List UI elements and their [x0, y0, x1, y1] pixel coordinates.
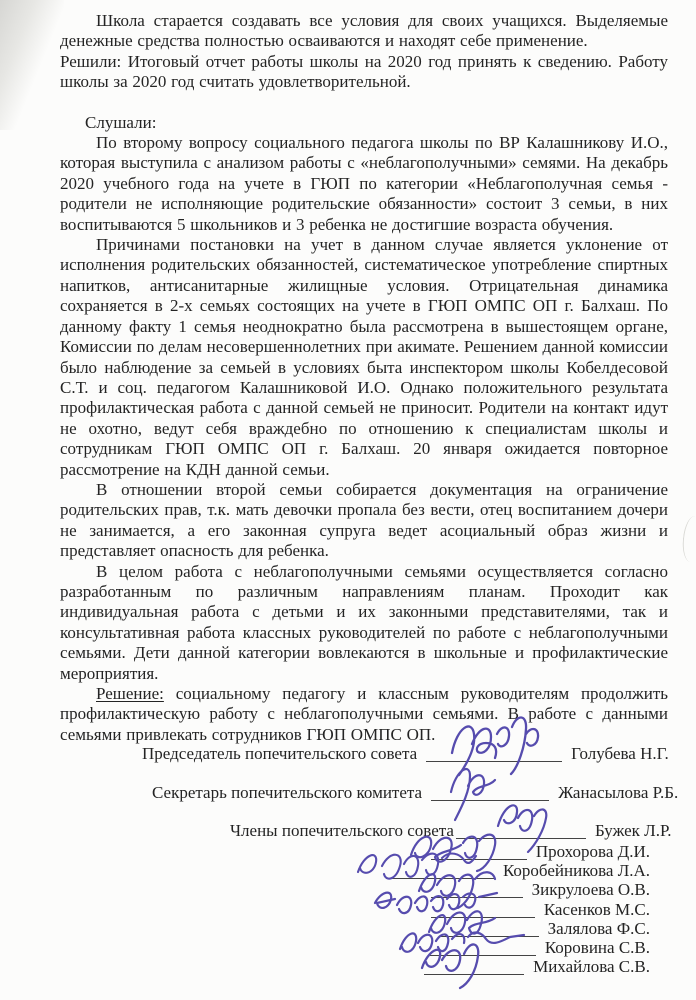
member-signature-line — [456, 823, 586, 839]
member-signature-row: Зикрулоева О.В. — [422, 880, 650, 899]
member-signature-row: Залялова Ф.С. — [432, 919, 650, 938]
paragraph-second-family: В отношении второй семьи собирается доку… — [60, 480, 668, 562]
chairman-name: Голубева Н.Г. — [571, 744, 669, 763]
secretary-name: Жанасылова Р.Б. — [558, 783, 678, 802]
member-signature-line — [431, 902, 535, 918]
paragraph-second-question: По второму вопросу социального педагога … — [60, 133, 668, 235]
chairman-label: Председатель попечительского совета — [142, 744, 417, 763]
member-name: Коробейникова Л.А. — [503, 861, 650, 880]
member-name: Залялова Ф.С. — [548, 919, 650, 938]
paragraph-registration-reasons: Причинами постановки на учет в данном сл… — [60, 235, 668, 480]
member-signature-line — [424, 959, 524, 975]
chairman-signature-line — [426, 746, 562, 762]
secretary-signature-ink — [443, 756, 513, 822]
heard-heading: Слушали: — [60, 113, 668, 133]
scanned-document-page: Школа старается создавать все условия дл… — [0, 0, 696, 1000]
member-name: Михайлова С.В. — [533, 957, 650, 976]
chairman-signature-row: Председатель попечительского совета Голу… — [142, 744, 669, 763]
members-heading-row: Члены попечительского совета Бужек Л.Р. — [230, 821, 672, 840]
member-signature-line — [431, 844, 527, 860]
decision-label: Решение: — [96, 684, 164, 703]
member-name: Коровина С.В. — [545, 938, 650, 957]
document-body: Школа старается создавать все условия дл… — [60, 11, 668, 745]
paragraph-decision: Решение: социальному педагогу и классным… — [60, 684, 668, 745]
members-label: Члены попечительского совета — [230, 821, 454, 840]
member-signature-line — [441, 921, 539, 937]
secretary-label: Секретарь попечительского комитета — [152, 783, 422, 802]
secretary-signature-row: Секретарь попечительского комитета Жанас… — [152, 783, 678, 802]
member-signature-row: Коровина С.В. — [421, 938, 650, 957]
member-signature-row: Коробейникова Л.А. — [377, 861, 650, 880]
member-signature-line — [386, 863, 494, 879]
paragraph-school-conditions: Школа старается создавать все условия дл… — [60, 11, 668, 52]
member-name: Касенков М.С. — [544, 900, 650, 919]
scan-edge-artifact — [681, 515, 696, 563]
member-signature-row: Прохорова Д.И. — [422, 842, 650, 861]
member-name: Зикрулоева О.В. — [532, 880, 650, 899]
member-name: Прохорова Д.И. — [536, 842, 650, 861]
scan-corner-shadow — [0, 0, 64, 130]
member-signature-line — [431, 882, 523, 898]
member-signature-line — [430, 940, 536, 956]
secretary-signature-line — [431, 785, 549, 801]
member-signature-row: Михайлова С.В. — [415, 957, 650, 976]
paragraph-resolution-2020: Решили: Итоговый отчет работы школы на 2… — [60, 52, 668, 93]
member-name: Бужек Л.Р. — [595, 821, 672, 840]
paragraph-overall-work: В целом работа с неблагополучными семьям… — [60, 562, 668, 684]
member-signature-row: Касенков М.С. — [422, 900, 650, 919]
